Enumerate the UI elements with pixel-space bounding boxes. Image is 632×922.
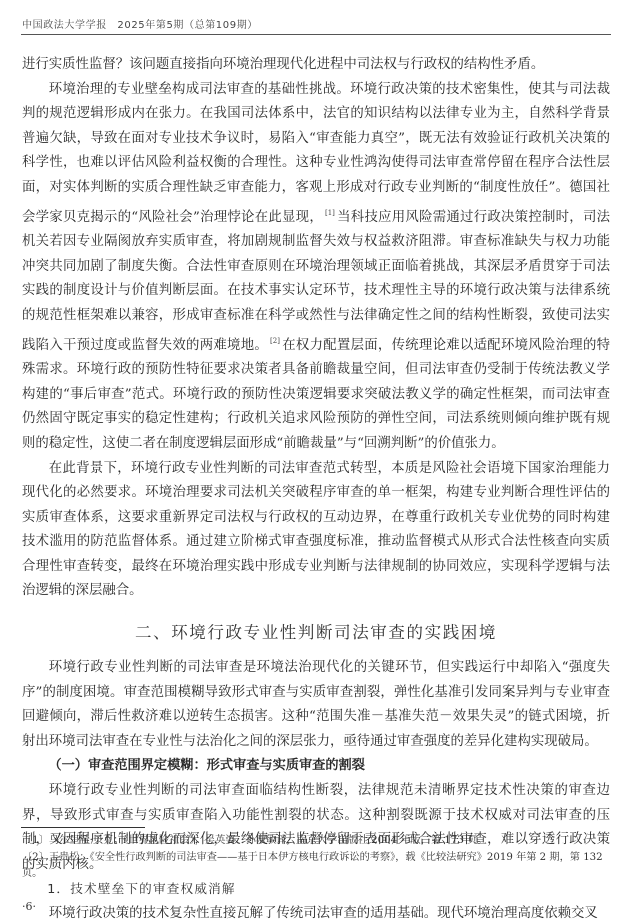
footnote-rule bbox=[21, 827, 145, 828]
paragraph-background: 在此背景下，环境行政专业性判断的司法审查范式转型，本质是风险社会语境下国家治理能… bbox=[22, 457, 610, 605]
subsection-title: （一）审查范围界定模糊：形式审查与实质审查的割裂 bbox=[22, 754, 610, 779]
subsubsection-paragraph: 环境行政决策的技术复杂性直接瓦解了传统司法审查的适用基础。现代环境治理高度依赖交… bbox=[22, 902, 610, 922]
footnote-ref-1[interactable]: [1] bbox=[325, 209, 335, 217]
section-intro-paragraph: 环境行政专业性判断的司法审查是环境法治现代化的关键环节，但实践运行中却陷入“强度… bbox=[22, 656, 610, 754]
paragraph-text: 当科技应用风险需通过行政决策控制时，司法机关若因专业隔阂放弃实质审查，将加剧规制… bbox=[22, 210, 610, 353]
paragraph-text: 在权力配置层面，传统理论难以适配环境风险治理的特殊需求。环境行政的预防性特征要求… bbox=[22, 338, 610, 451]
footnote-ref-2[interactable]: [2] bbox=[270, 337, 280, 345]
footnote-2: 〔2〕王贵松：《安全性行政判断的司法审查——基于日本伊方核电行政诉讼的考察》，载… bbox=[22, 850, 610, 883]
paragraph-professional-barrier: 环境治理的专业壁垒构成司法审查的基础性挑战。环境行政决策的技术密集性，使其与司法… bbox=[22, 78, 610, 457]
section-title: 二、环境行政专业性判断司法审查的实践困境 bbox=[22, 620, 610, 646]
footnotes: 〔1〕乌尔里希·贝克：《世界风险社会》，吴英姿、孙淑敏译，南京大学出版社 200… bbox=[22, 833, 610, 883]
page-number: ·6· bbox=[22, 900, 36, 913]
header-rule bbox=[21, 34, 611, 35]
paragraph-text: 环境治理的专业壁垒构成司法审查的基础性挑战。环境行政决策的技术密集性，使其与司法… bbox=[22, 82, 610, 225]
article-body: 进行实质性监督？该问题直接指向环境治理现代化进程中司法权与行政权的结构性矛盾。 … bbox=[22, 53, 610, 922]
footnote-1: 〔1〕乌尔里希·贝克：《世界风险社会》，吴英姿、孙淑敏译，南京大学出版社 200… bbox=[22, 833, 610, 850]
running-head: 中国政法大学学报 2025年第5期（总第109期） bbox=[22, 16, 258, 31]
continuation-paragraph: 进行实质性监督？该问题直接指向环境治理现代化进程中司法权与行政权的结构性矛盾。 bbox=[22, 53, 610, 78]
